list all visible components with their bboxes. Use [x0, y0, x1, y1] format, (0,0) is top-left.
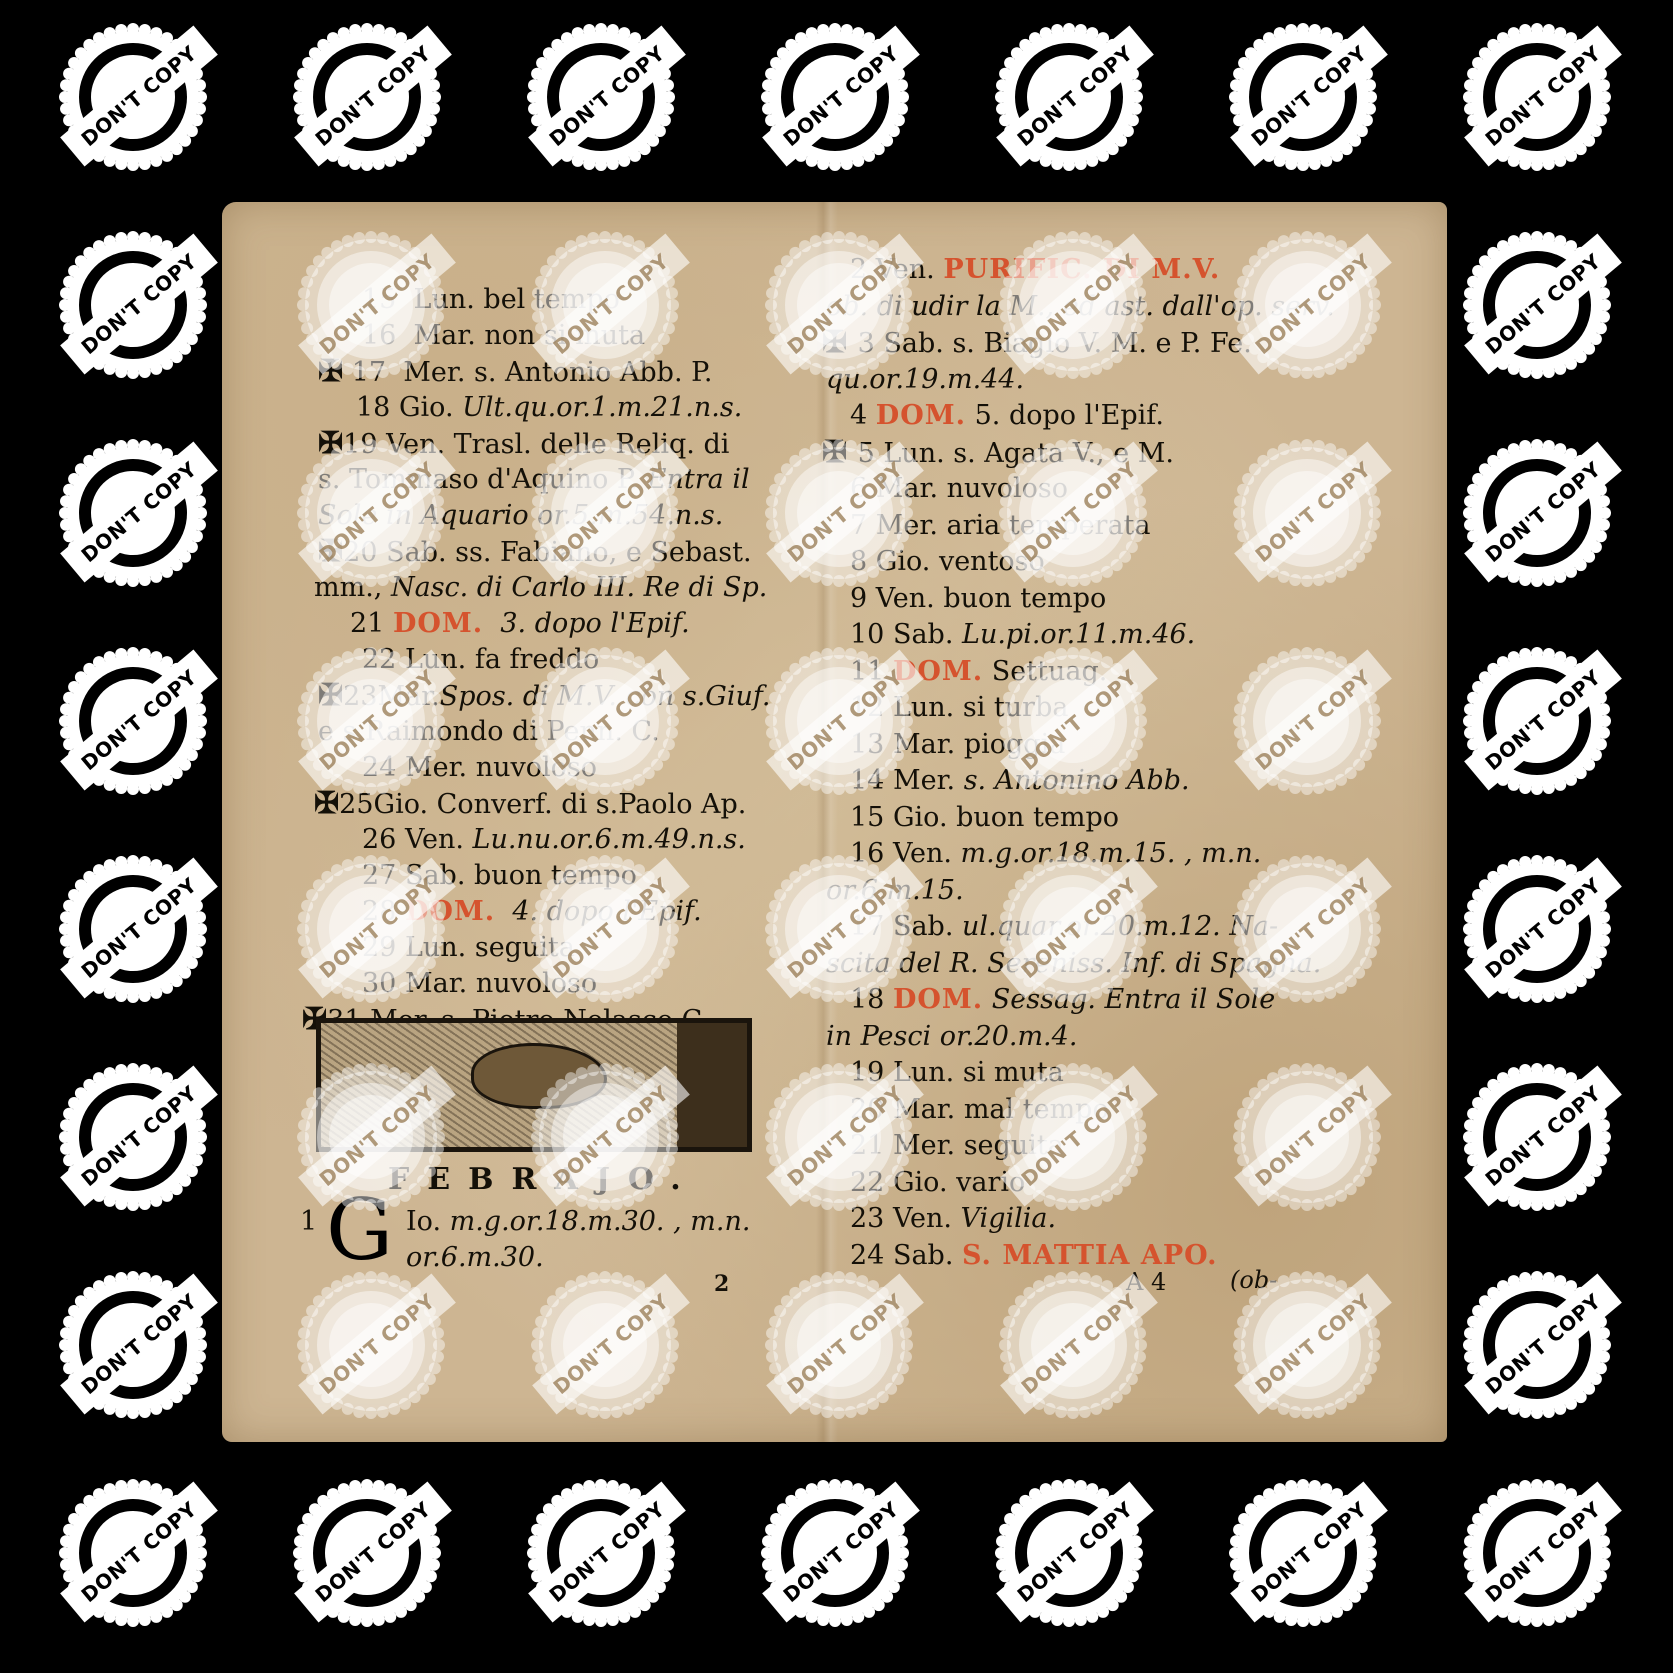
- calendar-line: 23 Ven. Vigilia.: [850, 1203, 1056, 1235]
- almanac-sheet: 15 Lun. bel tempo 16 Mar. non si muta ✠ …: [222, 202, 1447, 1442]
- calendar-line: 22 Lun. fa freddo: [362, 644, 599, 676]
- dont-copy-stamp-icon: DON'T COPY: [1462, 646, 1612, 796]
- calendar-line: 26 Ven. Lu.nu.or.6.m.49.n.s.: [362, 824, 746, 856]
- calendar-line: 2 Ven. PURIFIC. DI M.V.: [850, 254, 1220, 286]
- dont-copy-stamp-icon: DON'T COPY: [58, 646, 208, 796]
- calendar-line: scita del R. Sereniss. Inf. di Spagna.: [826, 948, 1321, 980]
- dont-copy-stamp-icon: DON'T COPY: [1462, 230, 1612, 380]
- calendar-line: 22 Gio. vario: [850, 1167, 1025, 1199]
- dont-copy-stamp-icon: DON'T COPY: [994, 1478, 1144, 1628]
- calendar-line: or.6.m.15.: [826, 875, 964, 907]
- calendar-line: 16 Ven. m.g.or.18.m.15. , m.n.: [850, 838, 1261, 870]
- dont-copy-stamp-icon: DON'T COPY: [58, 1062, 208, 1212]
- cross-icon: ✠: [318, 426, 343, 461]
- calendar-line: 29 Lun. seguita: [362, 932, 575, 964]
- calendar-line: ✠ 17 Mer. s. Antonio Abb. P.: [318, 356, 712, 389]
- calendar-line: 9 Ven. buon tempo: [850, 583, 1106, 615]
- dont-copy-stamp-icon: DON'T COPY: [760, 1478, 910, 1628]
- cross-icon: ✠: [318, 354, 343, 389]
- calendar-line: mm., Nasc. di Carlo III. Re di Sp.: [314, 572, 767, 604]
- calendar-line: 15 Lun. bel tempo: [362, 284, 620, 316]
- calendar-line: 16 Mar. non si muta: [362, 320, 645, 352]
- dont-copy-stamp-icon: DON'T COPY: [1462, 854, 1612, 1004]
- dont-copy-stamp-icon: DON'T COPY: [292, 1478, 442, 1628]
- dont-copy-stamp-icon: DON'T COPY: [526, 1478, 676, 1628]
- calendar-line: 20 Mar. mal tempo: [850, 1094, 1109, 1126]
- calendar-line: ✠23Mar.Spos. di M.V. con s.Giuf.: [318, 680, 771, 713]
- calendar-line: ✠ 3 Sab. s. Biagio V. M. e P. Fe.: [822, 327, 1252, 360]
- calendar-line: 14 Mer. s. Antonino Abb.: [850, 765, 1190, 797]
- dont-copy-stamp-icon: DON'T COPY: [1228, 22, 1378, 172]
- fish-icon: [471, 1043, 607, 1109]
- calendar-line: ✠25Gio. Converf. di s.Paolo Ap.: [314, 788, 746, 821]
- dont-copy-stamp-icon: DON'T COPY: [58, 854, 208, 1004]
- drop-cap: G: [326, 1188, 393, 1272]
- calendar-line: e s.Raimondo di Penn. C.: [318, 716, 660, 748]
- calendar-line: 18 Gio. Ult.qu.or.1.m.21.n.s.: [356, 392, 742, 424]
- calendar-line: 6 Mar. nuvoloso: [850, 473, 1068, 505]
- dont-copy-stamp-icon: DON'T COPY: [1462, 1478, 1612, 1628]
- calendar-line: 24 Mer. nuvoloso: [362, 752, 597, 784]
- dont-copy-stamp-icon: DON'T COPY: [58, 1270, 208, 1420]
- calendar-line: qu.or.19.m.44.: [826, 364, 1024, 396]
- cross-icon: ✠: [822, 435, 858, 470]
- dont-copy-stamp-icon: DON'T COPY: [1228, 1478, 1378, 1628]
- cross-icon: ✠: [822, 325, 858, 360]
- calendar-line: 21 DOM. 3. dopo l'Epif.: [350, 608, 690, 640]
- calendar-line: or.6.m.30.: [406, 1242, 544, 1274]
- dont-copy-stamp-icon: DON'T COPY: [1462, 438, 1612, 588]
- cross-icon: ✠: [314, 786, 339, 821]
- calendar-line: 8 Gio. ventoso: [850, 546, 1045, 578]
- calendar-line: 21 Mer. seguita: [850, 1130, 1064, 1162]
- dont-copy-stamp-icon: DON'T COPY: [58, 22, 208, 172]
- calendar-line: ✠20 Sab. ss. Fabiano, e Sebast.: [318, 536, 752, 569]
- calendar-line: 13 Mar. pioggia: [850, 729, 1065, 761]
- calendar-line: 7 Mer. aria temperata: [850, 510, 1151, 542]
- calendar-line: 12 Lun. si turba: [850, 692, 1068, 724]
- calendar-line: 10 Sab. Lu.pi.or.11.m.46.: [850, 619, 1195, 651]
- calendar-line: s. Tommaso d'Aquino P. Entra il: [318, 464, 750, 496]
- signature-mark: A 4: [1126, 1266, 1166, 1298]
- dont-copy-stamp-icon: DON'T COPY: [994, 22, 1144, 172]
- page-number: 2: [714, 1268, 729, 1300]
- woodcut-fish-illustration: [316, 1018, 752, 1152]
- dont-copy-stamp-icon: DON'T COPY: [58, 1478, 208, 1628]
- calendar-line: ✠19 Ven. Trasl. delle Reliq. di: [318, 428, 729, 461]
- left-page: 15 Lun. bel tempo 16 Mar. non si muta ✠ …: [222, 202, 822, 1442]
- dont-copy-stamp-icon: DON'T COPY: [292, 22, 442, 172]
- cross-icon: ✠: [318, 678, 343, 713]
- calendar-line: 19 Lun. si muta: [850, 1057, 1064, 1089]
- calendar-line: 27 Sab. buon tempo: [362, 860, 637, 892]
- calendar-line: 15 Gio. buon tempo: [850, 802, 1119, 834]
- feb-1-day: 1: [300, 1206, 317, 1238]
- calendar-line: 30 Mar. nuvoloso: [362, 968, 597, 1000]
- calendar-line: 18 DOM. Sessag. Entra il Sole: [850, 984, 1275, 1016]
- calendar-line: Io. m.g.or.18.m.30. , m.n.: [406, 1206, 750, 1238]
- dont-copy-stamp-icon: DON'T COPY: [1462, 1062, 1612, 1212]
- dont-copy-stamp-icon: DON'T COPY: [58, 230, 208, 380]
- calendar-line: 4 DOM. 5. dopo l'Epif.: [850, 400, 1164, 432]
- dont-copy-stamp-icon: DON'T COPY: [58, 438, 208, 588]
- dont-copy-stamp-icon: DON'T COPY: [1462, 22, 1612, 172]
- calendar-line: ✠ 5 Lun. s. Agata V., e M.: [822, 437, 1174, 470]
- calendar-line: 17 Sab. ul.quar.or.20.m.12. Na-: [850, 911, 1278, 943]
- dont-copy-stamp-icon: DON'T COPY: [1462, 1270, 1612, 1420]
- dont-copy-stamp-icon: DON'T COPY: [526, 22, 676, 172]
- cross-icon: ✠: [318, 534, 343, 569]
- calendar-line: Sole in Aquario or.5.m.54.n.s.: [318, 500, 723, 532]
- calendar-line: ob. di udir la M., ed ast. dall'op. serv…: [826, 291, 1335, 323]
- dont-copy-stamp-icon: DON'T COPY: [760, 22, 910, 172]
- calendar-line: 11 DOM. Settuag.: [850, 656, 1107, 688]
- calendar-line: in Pesci or.20.m.4.: [826, 1021, 1077, 1053]
- catchword: (ob-: [1230, 1264, 1277, 1296]
- month-heading: FEBRAJO.: [388, 1164, 699, 1196]
- calendar-line: 28 DOM. 4. dopo l'Epif.: [362, 896, 702, 928]
